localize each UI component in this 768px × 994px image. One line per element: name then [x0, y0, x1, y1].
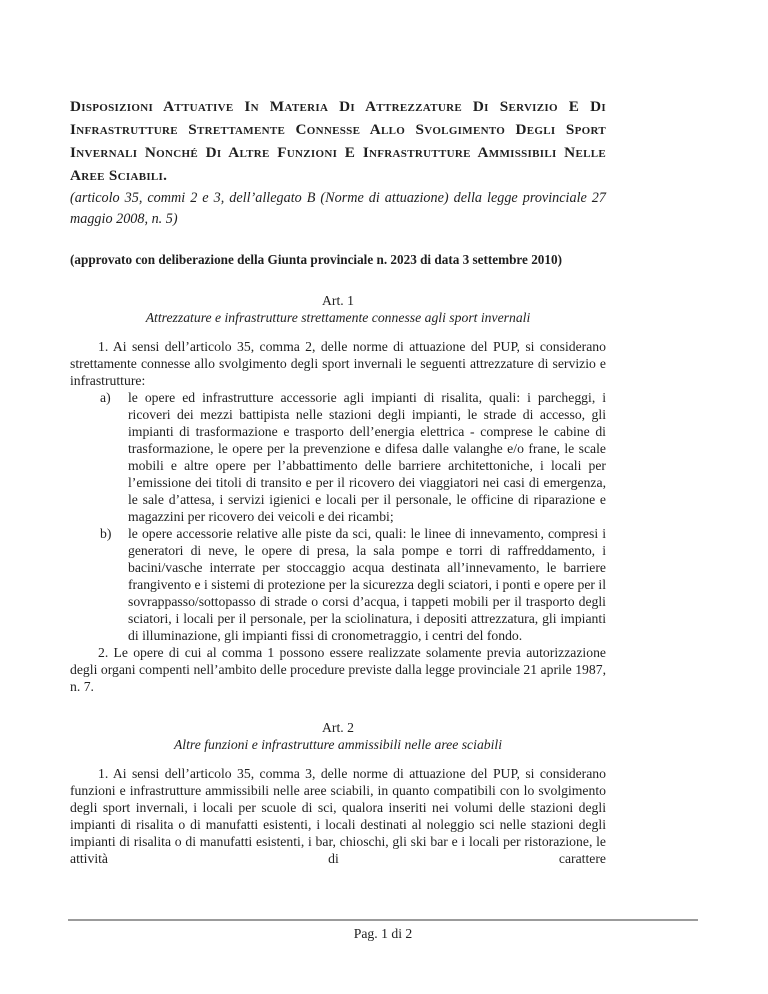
article-1: Art. 1 Attrezzature e infrastrutture str…: [70, 292, 606, 695]
page-number: Pag. 1 di 2: [68, 921, 698, 942]
document-content: Disposizioni Attuative In Materia Di Att…: [70, 0, 606, 867]
list-item-b-text: le opere accessorie relative alle piste …: [128, 526, 606, 643]
page-footer: Pag. 1 di 2: [68, 919, 698, 942]
article-1-list: a) le opere ed infrastrutture accessorie…: [70, 389, 606, 644]
list-item-b: b) le opere accessorie relative alle pis…: [70, 525, 606, 644]
article-1-paragraph-2: 2. Le opere di cui al comma 1 possono es…: [70, 644, 606, 695]
article-2: Art. 2 Altre funzioni e infrastrutture a…: [70, 719, 606, 867]
article-1-heading: Art. 1: [70, 292, 606, 309]
document-page: Disposizioni Attuative In Materia Di Att…: [0, 0, 768, 994]
article-1-paragraph-1: 1. Ai sensi dell’articolo 35, comma 2, d…: [70, 338, 606, 389]
list-item-b-label: b): [100, 525, 111, 542]
list-item-a-label: a): [100, 389, 111, 406]
article-2-heading: Art. 2: [70, 719, 606, 736]
approval-note: (approvato con deliberazione della Giunt…: [70, 251, 606, 268]
article-1-subheading: Attrezzature e infrastrutture strettamen…: [70, 309, 606, 326]
list-item-a: a) le opere ed infrastrutture accessorie…: [70, 389, 606, 525]
article-2-subheading: Altre funzioni e infrastrutture ammissib…: [70, 736, 606, 753]
list-item-a-text: le opere ed infrastrutture accessorie ag…: [128, 390, 606, 524]
article-2-paragraph-1: 1. Ai sensi dell’articolo 35, comma 3, d…: [70, 765, 606, 867]
document-subtitle: (articolo 35, commi 2 e 3, dell’allegato…: [70, 188, 606, 230]
document-title: Disposizioni Attuative In Materia Di Att…: [70, 95, 606, 187]
